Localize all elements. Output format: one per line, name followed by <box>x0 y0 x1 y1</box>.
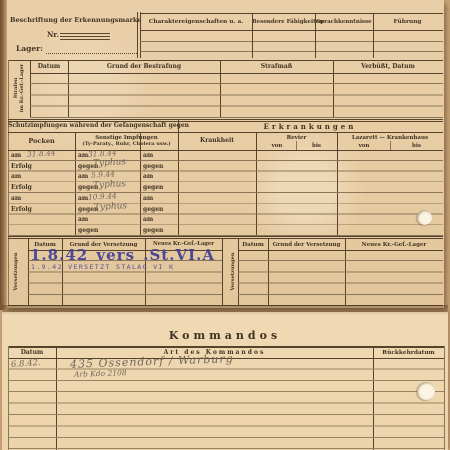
rule <box>8 346 444 348</box>
kommandos-title: Kommandos <box>0 330 450 343</box>
sonstige2-gegen-label: gegen <box>143 164 163 171</box>
rule <box>140 41 443 42</box>
versetzungen-side-label-right: Versetzungen <box>231 240 237 303</box>
col-sonstige-impfungen-sub: (Ty-Paraty., Ruhr, Cholera usw.) <box>75 142 178 148</box>
impfung-gegen-handwriting: Typhus <box>94 201 128 213</box>
lager-label: Lager: <box>16 45 43 54</box>
rule <box>222 238 223 305</box>
versetzungen-col-neues-lager: Neues Kr.-Gef.-Lager <box>345 242 443 248</box>
strafen-col-datum: Datum <box>30 64 68 71</box>
punch-hole <box>417 210 432 225</box>
impfung-date-handwriting: 10.9.44 <box>88 191 117 201</box>
pocken-am-label: am <box>11 153 21 160</box>
rule <box>140 13 443 14</box>
rule <box>252 13 253 58</box>
card-fold-shadow <box>2 305 448 315</box>
sonstige2-gegen-label: gegen <box>143 185 163 192</box>
strafen-empty-rows <box>30 73 443 118</box>
rule <box>315 13 316 58</box>
rule <box>137 12 138 58</box>
kommando-entry-number-handwriting: Arb Kdo 2108 <box>74 368 127 379</box>
sonstige2-am-label: am <box>143 153 153 160</box>
impfung-gegen-handwriting: Typhus <box>93 179 127 191</box>
versetzungen-col-grund: Grund der Versetzung <box>268 242 345 248</box>
erkennungsmarke-label: Beschriftung der Erkennungsmarke <box>10 17 138 24</box>
sonstige-am-label: am <box>78 217 88 224</box>
lazarett-von-label: von <box>339 143 389 149</box>
col-fuehrung: Führung <box>373 19 442 26</box>
sonstige2-am-label: am <box>143 196 153 203</box>
pocken-date-handwriting: 31.8.44 <box>27 148 56 158</box>
col-besondere-faehigkeiten: Besondere Fähigkeiten <box>252 19 315 25</box>
sonstige-gegen-label: gegen <box>78 228 98 235</box>
pocken-erfolg-label: Erfolg <box>11 164 32 171</box>
strafen-col-grund: Grund der Bestrafung <box>68 64 220 71</box>
scan-left-edge <box>0 0 7 310</box>
pocken-am-label: am <box>11 196 21 203</box>
rule <box>8 132 443 133</box>
col-revier: Revier <box>256 135 337 141</box>
kommandos-col-datum: Datum <box>8 350 56 357</box>
transfer-stamp-large: 1.8.42 vers .St.VI.A <box>30 246 215 264</box>
lager-fill-line <box>46 45 137 54</box>
pocken-erfolg-label: Erfolg <box>11 207 32 214</box>
strafen-col-verbuesst: Verbüßt, Datum <box>333 64 443 71</box>
sonstige2-gegen-label: gegen <box>143 228 163 235</box>
col-sprachkenntnisse: Sprachkenntnisse <box>315 19 373 25</box>
rule <box>296 141 297 150</box>
rule <box>140 51 443 52</box>
rule <box>8 60 443 61</box>
rule <box>8 236 443 237</box>
nr-label: Nr. <box>47 31 59 39</box>
sonstige2-gegen-label: gegen <box>143 207 163 214</box>
pocken-am-label: am <box>11 174 21 181</box>
punch-hole <box>417 382 435 400</box>
kommando-entry-date-handwriting: 6.8.42. <box>11 358 41 370</box>
strafen-side-label: Strafen im Kr.-Gef.-Lager <box>13 60 25 116</box>
rule <box>373 13 374 58</box>
transfer-stamp-small: 1.9.42 VERSETZT STALAG VI K <box>31 263 174 271</box>
erkrankungen-title: Erkrankungen <box>178 123 442 131</box>
col-charaktereigenschaften: Charaktereigenschaften u. a. <box>140 19 252 26</box>
strafen-col-strafmass: Strafmaß <box>220 64 333 71</box>
sonstige-am-label: am <box>78 153 88 160</box>
sonstige2-am-label: am <box>143 217 153 224</box>
impfung-gegen-handwriting: Typhus <box>93 157 127 169</box>
rule <box>8 119 443 120</box>
sonstige-am-label: am <box>78 196 88 203</box>
versetzungen-col-datum: Datum <box>238 242 268 249</box>
col-sonstige-impfungen: Sonstige Impfungen <box>75 135 178 141</box>
col-lazarett-krankenhaus: Lazarett — Krankenhaus <box>337 135 443 141</box>
nr-fill-lines <box>60 33 110 41</box>
impfungen-title: Schutzimpfungen während der Gefangenscha… <box>8 123 178 130</box>
impfung-date-handwriting: 5.9.44 <box>91 169 115 179</box>
versetzungen-side-label-left: Versetzungen <box>14 240 20 303</box>
col-krankheit: Krankheit <box>178 138 256 145</box>
impfungen-row-lines <box>8 150 443 236</box>
versetzungen-right-rows <box>238 250 443 305</box>
sonstige2-am-label: am <box>143 174 153 181</box>
rule <box>390 141 391 150</box>
rule <box>140 30 443 31</box>
strafen-side-label-line2: im Kr.-Gef.-Lager <box>19 64 25 113</box>
pow-record-card-scan: Beschriftung der Erkennungsmarke Nr. Cha… <box>0 0 450 450</box>
kommandos-col-rueckkehrdatum: Rückkehrdatum <box>373 350 444 357</box>
col-pocken: Pocken <box>8 138 75 145</box>
revier-von-label: von <box>258 143 296 149</box>
pocken-erfolg-label: Erfolg <box>11 185 32 192</box>
revier-bis-label: bis <box>298 143 335 149</box>
rule <box>444 346 445 450</box>
lazarett-bis-label: bis <box>392 143 441 149</box>
sonstige-am-label: am <box>78 174 88 181</box>
rule <box>8 238 443 239</box>
